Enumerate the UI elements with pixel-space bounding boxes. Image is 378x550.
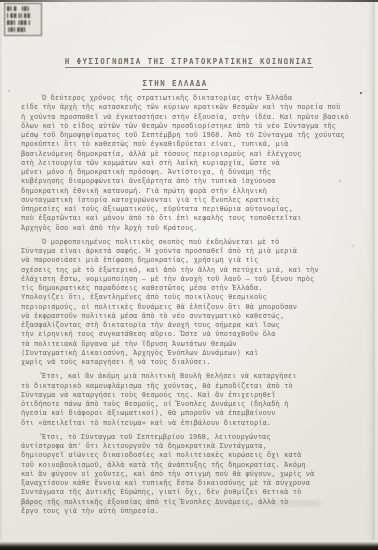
left-edge-shadow [0, 2, 2, 540]
text-line: ἐλάχιστη ἔστω, νομιμοποίηση — μὲ τὴν ἀνο… [21, 275, 357, 284]
text-line: κυβέρνησης διαμορφώνεται ἀνεξάρτητα ἀπὸ … [21, 177, 357, 186]
text-line: σχέσεις της μὲ τὸ ἐξωτερικό, καὶ ἀπὸ τὴν… [21, 266, 357, 275]
photo-background: █▌█ ▐█▌▌██▐▌████▌▐██▐▐█▌██▌ Η ΦΥΣΙΟΓΝΩΜΙ… [0, 0, 378, 550]
text-line: εἶδε τὴν ἀρχὴ τῆς κατασκευῆς τῶν κύριων … [21, 103, 357, 112]
text-line: ἀντίστροφα ἀπ' ὅτι λειτουργοῦν τὰ δημοκρ… [21, 442, 357, 451]
top-edge-line [0, 0, 378, 2]
text-line: ἡγεσία καὶ διάφοροι ἀξιωματικοί), θὰ μπο… [21, 409, 357, 418]
text-line: δημιουργεῖ αἰώνιες δικαιοδοσίες καὶ πολι… [21, 451, 357, 460]
text-line: στὴ λειτουργία τῶν κομμάτων καὶ στὴ λαϊκ… [21, 159, 357, 168]
stamp-row: ██▌▐██▐ [7, 19, 39, 26]
paper-sheet: █▌█ ▐█▌▌██▐▌████▌▐██▐▐█▌██▌ Η ΦΥΣΙΟΓΝΩΜΙ… [0, 0, 378, 544]
document-body: Ὁ δεύτερος χρόνος τῆς στρατιωτικῆς δικτα… [21, 94, 357, 521]
text-line: (Συνταγματικὴ Δικαιοσύνη, Ἀρχηγὸς Ἐνόπλω… [21, 349, 357, 358]
text-line: προκύπτει ὅτι τὸ καθεστὼς ποὺ ἐγκαθιδρύε… [21, 140, 357, 149]
text-line: τοῦ κοινοβουλισμοῦ, ἀλλὰ κατὰ τῆς ἀνάπτυ… [21, 461, 357, 470]
text-line: ξαναχτίσουν κάθε ἔννοια καὶ τυπικῆς ἔστω… [21, 479, 357, 488]
paper-speck [8, 90, 10, 92]
paragraph: Ἔτσι, καὶ ἂν ἀκόμη μιὰ πολιτικὴ Βουλὴ θε… [21, 372, 357, 428]
text-line: δημοκρατικὴ ἐθνικὴ κατανομή. Γιὰ πρώτη φ… [21, 187, 357, 196]
text-line: μέσῳ τοῦ δημοψηφίσματος τοῦ Σεπτέμβρη το… [21, 131, 357, 140]
stamp-row: ▐█▌██▌ [7, 26, 39, 33]
document-title: Η ΦΥΣΙΟΓΝΩΜΙΑ ΤΗΣ ΣΤΡΑΤΟΚΡΑΤΙΚΗΣ ΚΟΙΝΩΝΙ… [0, 49, 378, 90]
text-line: Σύνταγμα νὰ καταργήσει τοὺς θεσμούς της.… [21, 391, 357, 400]
text-line: Ἀρχηγὸς ὅσο καὶ ἀπὸ τὴν Ἀρχὴ τοῦ Κράτους… [21, 224, 357, 233]
text-line: τὸ δικτατορικὸ καμουφλάρισμα τῆς χούντας… [21, 382, 357, 391]
text-line: ἡ χούντα προσπαθεῖ νὰ ἐγκαταστήσει στὴν … [21, 113, 357, 122]
stamp-row: █▌█ ▐█▌ [7, 5, 39, 12]
paragraph: Ὁ δεύτερος χρόνος τῆς στρατιωτικῆς δικτα… [21, 94, 357, 233]
paragraph: Ὁ μορφοποιημένος πολιτικὸς σκοπὸς ποὺ ἐκ… [21, 238, 357, 368]
text-line: τὰ πολιτειακὰ ὄργανα μὲ τὴν ἵδρυση Ἀνωτά… [21, 340, 357, 349]
text-line: νὰ ἐκφραστοῦν πολιτικὰ μέσα ἀπὸ τὸ νέο σ… [21, 312, 357, 321]
text-line: βασιλευόμενη δημοκρατία, ἀλλὰ μὲ τόσους … [21, 150, 357, 159]
scan-smudge [20, 500, 320, 507]
text-line: Ὑπολογίζει ὅτι, ἐξαντλημένες ἀπὸ τοὺς πο… [21, 293, 357, 302]
text-line: Ὁ μορφοποιημένος πολιτικὸς σκοπὸς ποὺ ἐκ… [21, 238, 357, 247]
title-line-2: ΣΤΗΝ ΕΛΛΑΔΑ [142, 79, 207, 90]
text-line: τὴν εἰρηνική τους συγκατάθεση αὔριο. Ὥστ… [21, 330, 357, 339]
text-line: συνταγματικὴ ἱστορία κατοχυρώνονται γιὰ … [21, 196, 357, 205]
text-line: Συντάγματα τῆς Δυτικῆς Εὐρώπης, γιατί ὄχ… [21, 488, 357, 497]
text-line: ὁτιδήποτε πάνω ἀπὸ τοὺς θεσμούς, οἱ Ἔνοπ… [21, 400, 357, 409]
text-line: τὶς δημοκρατικὲς παραδόσεις καθεστῶτος μ… [21, 284, 357, 293]
text-line: ποὺ ἐξαρτῶνται καὶ μόνον ἀπὸ τὸ ὅτι ἐπὶ … [21, 214, 357, 223]
text-line: καὶ ἂν φύγουν οἱ χοῦντες, καὶ ἀπὸ τὴν στ… [21, 470, 357, 479]
archive-stamp: █▌█ ▐█▌▌██▐▌████▌▐██▐▐█▌██▌ [4, 3, 42, 36]
text-line: περιορισμούς, οἱ πολιτικὲς δυνάμεις θὰ ἐ… [21, 303, 357, 312]
text-line: μένει μόνο ἡ δημοκρατικὴ πρόσοψη. Ἀντίστ… [21, 168, 357, 177]
text-line: ἐξασφαλίζοντας στὴ δικτατορία τὴν ἀνοχή … [21, 321, 357, 330]
text-line: ὅλων καὶ τὸ εἶδος αὐτῶν τῶν θεσμῶν προσδ… [21, 122, 357, 131]
bottom-edge-shadow [0, 542, 378, 550]
right-edge-shadow [372, 2, 375, 540]
stamp-row: ▌██▐▌██ [7, 12, 39, 19]
text-line: Ἔτσι, καὶ ἂν ἀκόμη μιὰ πολιτικὴ Βουλὴ θε… [21, 372, 357, 381]
text-line: Σύνταγμα εἶναι ἀρκετὰ σαφής. Ἡ χούντα πρ… [21, 247, 357, 256]
text-line: ἔργο τους γιὰ τὴν αὐτὴ ὑπηρεσία. [21, 507, 357, 516]
text-line: ὑπηρεσίες καὶ τοὺς ἀξιωματικούς, εὐρύτατ… [21, 205, 357, 214]
text-line: ὅτι «ἀπειλεῖται τὸ πολίτευμα» καὶ νὰ ἐπι… [21, 419, 357, 428]
title-line-1: Η ΦΥΣΙΟΓΝΩΜΙΑ ΤΗΣ ΣΤΡΑΤΟΚΡΑΤΙΚΗΣ ΚΟΙΝΩΝΙ… [65, 57, 313, 68]
text-line: νὰ παρουσιάσει μιὰ ἐπίφαση δημοκρατίας, … [21, 256, 357, 265]
text-line: χωρὶς νὰ τοὺς καταργήσει ἢ νὰ τοὺς διαλύ… [21, 358, 357, 367]
text-line: Ὁ δεύτερος χρόνος τῆς στρατιωτικῆς δικτα… [21, 94, 357, 103]
text-line: Ἔτσι, τὸ Σύνταγμα τοῦ Σεπτεμβρίου 1968, … [21, 433, 357, 442]
